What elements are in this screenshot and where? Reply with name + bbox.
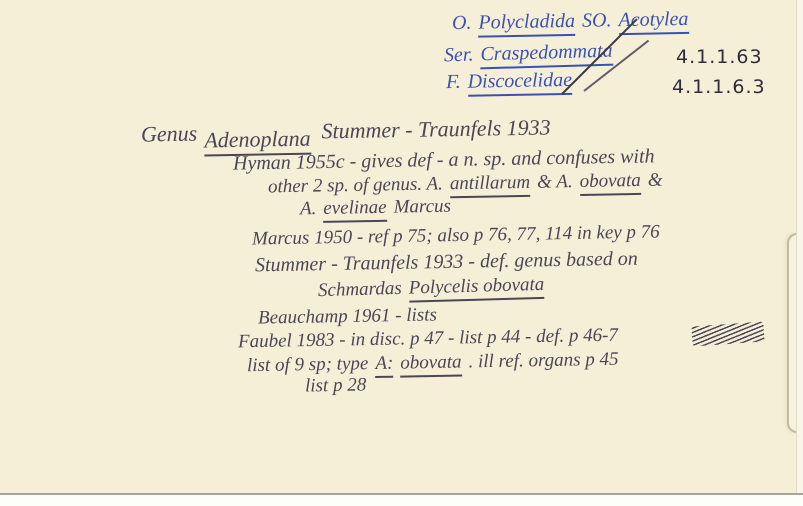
scan-right-edge <box>796 0 803 493</box>
order-prefix: O. <box>452 12 472 35</box>
schmarda-taxon: Polycelis obovata <box>408 274 544 303</box>
evelinae-author: Marcus <box>393 196 451 219</box>
code-bottom: 4.1.1.6.3 <box>672 76 766 98</box>
suborder-prefix: SO. <box>582 9 612 33</box>
series-prefix: Ser. <box>444 44 474 68</box>
marcus-note-line: Marcus 1950 - ref p 75; also p 76, 77, 1… <box>252 221 660 250</box>
species-obovata: obovata <box>579 170 641 196</box>
family-line: F. Discocelidae <box>446 69 572 97</box>
type-species-line: list of 9 sp; type A: obovata . ill ref.… <box>247 349 619 380</box>
suborder-name: Acotylea <box>618 8 688 35</box>
order-line: O. Polycladida SO. Acotylea <box>452 8 689 38</box>
species-evelinae: evelinae <box>323 197 387 223</box>
genus-line: Genus Adenoplana Stummer - Traunfels 193… <box>141 114 551 150</box>
stummer-note-line: Stummer - Traunfels 1933 - def. genus ba… <box>255 248 638 278</box>
confused-prefix: other 2 sp. of genus. A. <box>268 173 443 198</box>
series-name: Craspedommata <box>480 40 613 70</box>
order-name: Polycladida <box>478 10 575 38</box>
evelinae-line: A. evelinae Marcus <box>300 196 451 224</box>
schmarda-line: Schmardas Polycelis obovata <box>318 274 545 305</box>
code-top: 4.1.1.63 <box>676 46 763 68</box>
last-note: list p 28 <box>305 374 367 397</box>
last-note-line: list p 28 <box>305 374 367 397</box>
schmarda-prefix: Schmardas <box>318 278 402 302</box>
species-antillarum: antillarum <box>450 172 531 198</box>
confused-sep1: & A. <box>537 171 573 194</box>
genus-label: Genus <box>141 121 198 148</box>
type-genus: A: <box>375 353 393 378</box>
stummer-note: Stummer - Traunfels 1933 - def. genus ba… <box>255 248 638 278</box>
evelinae-prefix: A. <box>300 198 317 220</box>
index-card: O. Polycladida SO. Acotylea Ser. Crasped… <box>0 0 803 495</box>
marcus-note: Marcus 1950 - ref p 75; also p 76, 77, 1… <box>252 221 660 250</box>
family-prefix: F. <box>446 71 461 94</box>
type-suffix: . ill ref. organs p 45 <box>468 349 618 374</box>
type-species: obovata <box>400 352 462 378</box>
scribbled-out-word <box>691 322 764 347</box>
beauchamp-note-line: Beauchamp 1961 - lists <box>258 304 437 329</box>
family-name: Discocelidae <box>467 69 572 97</box>
beauchamp-note: Beauchamp 1961 - lists <box>258 304 437 329</box>
genus-authority: Stummer - Traunfels 1933 <box>321 114 551 144</box>
type-prefix: list of 9 sp; type <box>247 353 369 377</box>
scan-bottom-edge <box>0 495 803 506</box>
confused-species-line: other 2 sp. of genus. A. antillarum & A.… <box>268 170 663 202</box>
confused-sep2: & <box>648 170 663 192</box>
